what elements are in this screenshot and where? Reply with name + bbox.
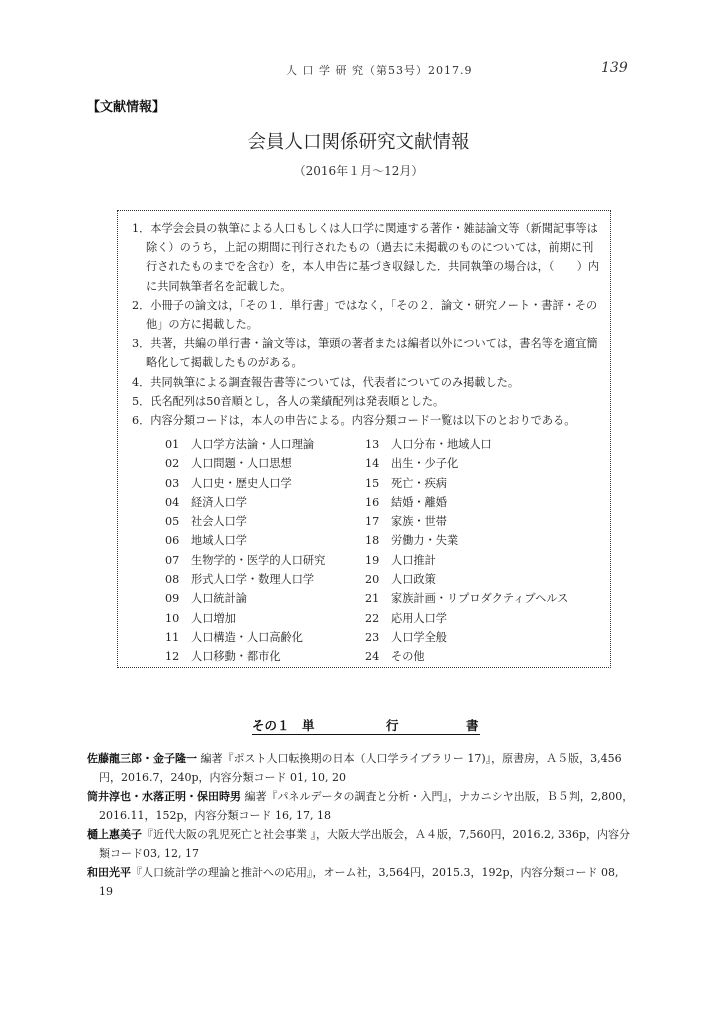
code-number: 12 [165,647,191,666]
code-row: 13人口分布・地域人口 [365,435,568,454]
code-label: 地域人口学 [191,534,247,547]
section-heading-part: その１ 単 [252,716,315,734]
code-label: 生物学的・医学的人口研究 [191,554,325,567]
code-number: 16 [365,493,391,512]
note-item: 4．共同執筆による調査報告書等については，代表者についてのみ掲載した。 [132,373,602,392]
section-heading: その１ 単 行 書 [252,714,480,735]
code-label: 結婚・離婚 [391,496,447,509]
code-number: 03 [165,474,191,493]
code-label: 人口史・歴史人口学 [191,477,292,490]
code-number: 15 [365,474,391,493]
notes-box: 1．本学会会員の執筆による人口もしくは人口学に関連する著作・雑誌論文等（新聞記事… [117,210,611,668]
code-row: 07生物学的・医学的人口研究 [165,551,325,570]
code-label: 人口移動・都市化 [191,650,281,663]
code-label: 出生・少子化 [391,457,458,470]
code-row: 14出生・少子化 [365,454,568,473]
code-row: 05社会人口学 [165,512,325,531]
bibliography-entry: 佐藤龍三郎・金子隆一 編著『ポスト人口転換期の日本（人口学ライブラリー 17)』… [87,749,635,787]
note-item: 3．共著，共編の単行書・論文等は，筆頭の著者または編者以外については，書名等を適… [132,334,602,372]
code-row: 06地域人口学 [165,531,325,550]
code-label: 人口問題・人口思想 [191,457,292,470]
code-label: 経済人口学 [191,496,247,509]
code-row: 01人口学方法論・人口理論 [165,435,325,454]
note-item: 2．小冊子の論文は，「その１．単行書」ではなく，「その２．論文・研究ノート・書評… [132,296,602,334]
code-number: 06 [165,531,191,550]
page-subtitle: （2016年１月〜12月） [0,162,717,179]
code-row: 24その他 [365,647,568,666]
code-label: 人口増加 [191,612,236,625]
code-number: 01 [165,435,191,454]
code-label: 形式人口学・数理人口学 [191,573,314,586]
code-label: 家族計画・リプロダクティブヘルス [391,592,568,605]
code-number: 22 [365,609,391,628]
page-title: 会員人口関係研究文献情報 [0,128,717,154]
code-row: 12人口移動・都市化 [165,647,325,666]
section-heading-part: 行 [386,716,399,734]
code-label: 人口構造・人口高齢化 [191,631,303,644]
entry-details: 『人口統計学の理論と推計への応用』，オーム社，3,564円，2015.3，192… [99,866,619,898]
entry-author: 佐藤龍三郎・金子隆一 [87,752,197,765]
code-number: 13 [365,435,391,454]
code-row: 17家族・世帯 [365,512,568,531]
entry-author: 和田光平 [87,866,131,879]
section-tag: 【文献情報】 [87,96,165,115]
code-row: 19人口推計 [365,551,568,570]
code-label: 死亡・疾病 [391,477,447,490]
code-row: 11人口構造・人口高齢化 [165,628,325,647]
code-number: 24 [365,647,391,666]
code-number: 17 [365,512,391,531]
code-number: 04 [165,493,191,512]
code-row: 04経済人口学 [165,493,325,512]
code-number: 14 [365,454,391,473]
code-label: その他 [391,650,425,663]
code-number: 08 [165,570,191,589]
codes-column-right: 13人口分布・地域人口 14出生・少子化 15死亡・疾病 16結婚・離婚 17家… [365,435,568,667]
code-label: 人口分布・地域人口 [391,438,492,451]
entry-details: 『近代大阪の乳児死亡と社会事業 』，大阪大学出版会，Ａ４版，7,560円，201… [99,828,630,860]
code-label: 人口学方法論・人口理論 [191,438,314,451]
bibliography-entry: 和田光平『人口統計学の理論と推計への応用』，オーム社，3,564円，2015.3… [87,863,635,901]
code-number: 21 [365,589,391,608]
code-row: 16結婚・離婚 [365,493,568,512]
code-label: 人口学全般 [391,631,447,644]
code-number: 10 [165,609,191,628]
code-number: 19 [365,551,391,570]
code-number: 05 [165,512,191,531]
journal-title: 人 口 学 研 究（第53号）2017.9 [286,62,472,78]
note-item: 5．氏名配列は50音順とし，各人の業績配列は発表順とした。 [132,392,602,411]
code-row: 23人口学全般 [365,628,568,647]
page-number: 139 [601,60,628,76]
code-label: 人口統計論 [191,592,247,605]
code-label: 家族・世帯 [391,515,447,528]
code-number: 11 [165,628,191,647]
bibliography-entry: 筒井淳也・水落正明・保田時男 編著『パネルデータの調査と分析・入門』，ナカニシヤ… [87,787,635,825]
code-label: 社会人口学 [191,515,247,528]
code-row: 15死亡・疾病 [365,474,568,493]
entry-author: 筒井淳也・水落正明・保田時男 [87,790,241,803]
code-number: 20 [365,570,391,589]
code-row: 10人口増加 [165,609,325,628]
code-row: 18労働力・失業 [365,531,568,550]
code-label: 人口推計 [391,554,436,567]
code-number: 07 [165,551,191,570]
note-item: 1．本学会会員の執筆による人口もしくは人口学に関連する著作・雑誌論文等（新聞記事… [132,219,602,296]
code-row: 08形式人口学・数理人口学 [165,570,325,589]
running-header: 人 口 学 研 究（第53号）2017.9 139 [0,62,717,82]
note-item: 6．内容分類コードは，本人の申告による。内容分類コード一覧は以下のとおりである。 [132,411,602,430]
code-number: 02 [165,454,191,473]
bibliography-entry: 樋上惠美子『近代大阪の乳児死亡と社会事業 』，大阪大学出版会，Ａ４版，7,560… [87,825,635,863]
entry-author: 樋上惠美子 [87,828,142,841]
code-row: 03人口史・歴史人口学 [165,474,325,493]
code-label: 労働力・失業 [391,534,458,547]
code-row: 02人口問題・人口思想 [165,454,325,473]
section-heading-part: 書 [466,716,479,734]
code-label: 応用人口学 [391,612,447,625]
bibliography-list: 佐藤龍三郎・金子隆一 編著『ポスト人口転換期の日本（人口学ライブラリー 17)』… [87,749,635,901]
code-number: 18 [365,531,391,550]
code-row: 20人口政策 [365,570,568,589]
notes-list: 1．本学会会員の執筆による人口もしくは人口学に関連する著作・雑誌論文等（新聞記事… [132,219,602,430]
code-label: 人口政策 [391,573,436,586]
code-number: 09 [165,589,191,608]
code-row: 21家族計画・リプロダクティブヘルス [365,589,568,608]
codes-column-left: 01人口学方法論・人口理論 02人口問題・人口思想 03人口史・歴史人口学 04… [165,435,325,667]
code-number: 23 [365,628,391,647]
code-row: 09人口統計論 [165,589,325,608]
code-row: 22応用人口学 [365,609,568,628]
